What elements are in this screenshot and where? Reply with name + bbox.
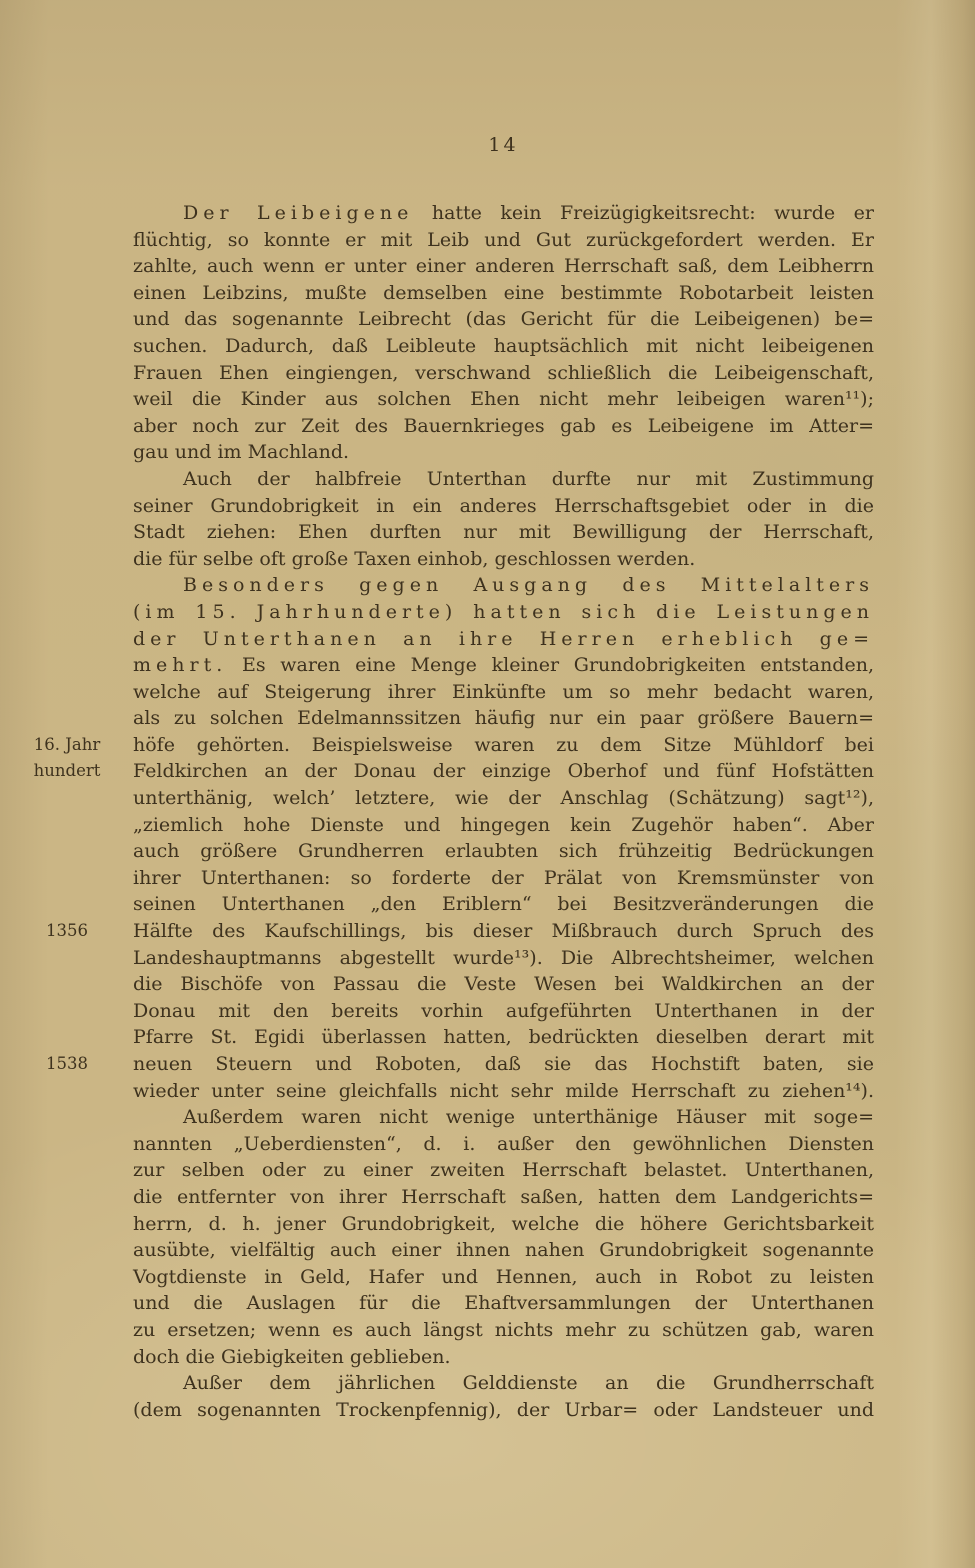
text-segment: Besonders gegen Ausgang des Mittelalters — [183, 574, 874, 596]
text-line: Stadt ziehen: Ehen durften nur mit Bewil… — [133, 519, 874, 546]
text-segment: (im 15. Jahrhunderte) hatten sich die Le… — [133, 601, 874, 623]
text-segment: die für selbe oft große Taxen einhob, ge… — [133, 548, 695, 570]
text-line: höfe gehörten. Beispielsweise waren zu d… — [133, 732, 874, 759]
text-segment: weil die Kinder aus solchen Ehen nicht m… — [133, 388, 874, 410]
text-line: auch größere Grundherren erlaubten sich … — [133, 838, 874, 865]
text-segment: welche auf Steigerung ihrer Einkünfte um… — [133, 681, 874, 703]
text-line: die entfernter von ihrer Herrschaft saße… — [133, 1184, 874, 1211]
text-segment: Vogtdienste in Geld, Hafer und Hennen, a… — [133, 1266, 874, 1288]
text-segment: Hälfte des Kaufschillings, bis dieser Mi… — [133, 920, 874, 942]
text-segment: Frauen Ehen eingiengen, verschwand schli… — [133, 362, 874, 384]
text-segment: zahlte, auch wenn er unter einer anderen… — [133, 255, 874, 277]
text-line: Außerdem waren nicht wenige unterthänige… — [133, 1104, 874, 1131]
text-line: neuen Steuern und Roboten, daß sie das H… — [133, 1051, 874, 1078]
text-line: Besonders gegen Ausgang des Mittelalters — [133, 572, 874, 599]
text-line: Der Leibeigene hatte kein Freizügigkeits… — [133, 200, 874, 227]
text-line: (dem sogenannten Trockenpfennig), der Ur… — [133, 1397, 874, 1424]
text-segment: ausübte, vielfältig auch einer ihnen nah… — [133, 1239, 874, 1261]
text-line: und das sogenannte Leibrecht (das Gerich… — [133, 306, 874, 333]
margin-note: 1538 — [12, 1051, 122, 1077]
book-page: 14 Der Leibeigene hatte kein Freizügigke… — [0, 0, 975, 1568]
text-segment: gau und im Machland. — [133, 441, 349, 463]
text-segment: die Bischöfe von Passau die Veste Wesen … — [133, 973, 874, 995]
text-segment: höfe gehörten. Beispielsweise waren zu d… — [133, 734, 874, 756]
text-line: die für selbe oft große Taxen einhob, ge… — [133, 546, 874, 573]
text-line: doch die Giebigkeiten geblieben. — [133, 1344, 874, 1371]
margin-note-line: hundert — [12, 758, 122, 784]
text-segment: (dem sogenannten Trockenpfennig), der Ur… — [133, 1399, 874, 1421]
text-line: (im 15. Jahrhunderte) hatten sich die Le… — [133, 599, 874, 626]
text-segment: der Unterthanen an ihre Herren erheblich… — [133, 628, 874, 650]
text-segment: die entfernter von ihrer Herrschaft saße… — [133, 1186, 874, 1208]
text-line: unterthänig, welch’ letztere, wie der An… — [133, 785, 874, 812]
text-line: seinen Unterthanen „den Eriblern“ bei Be… — [133, 891, 874, 918]
text-line: weil die Kinder aus solchen Ehen nicht m… — [133, 386, 874, 413]
margin-note-line: 1356 — [12, 918, 122, 944]
text-line: Donau mit den bereits vorhin aufgeführte… — [133, 998, 874, 1025]
text-line: der Unterthanen an ihre Herren erheblich… — [133, 626, 874, 653]
text-line: suchen. Dadurch, daß Leibleute hauptsäch… — [133, 333, 874, 360]
text-line: gau und im Machland. — [133, 439, 874, 466]
text-line: und die Auslagen für die Ehaftversammlun… — [133, 1290, 874, 1317]
text-segment: aber noch zur Zeit des Bauernkrieges gab… — [133, 415, 874, 437]
text-segment: unterthänig, welch’ letztere, wie der An… — [133, 787, 874, 809]
text-segment: herrn, d. h. jener Grundobrigkeit, welch… — [133, 1213, 874, 1235]
text-line: die Bischöfe von Passau die Veste Wesen … — [133, 971, 874, 998]
text-line: ihrer Unterthanen: so forderte der Präla… — [133, 865, 874, 892]
text-line: herrn, d. h. jener Grundobrigkeit, welch… — [133, 1211, 874, 1238]
text-segment: seiner Grundobrigkeit in ein anderes Her… — [133, 495, 874, 517]
text-segment: und die Auslagen für die Ehaftversammlun… — [133, 1292, 874, 1314]
text-segment: neuen Steuern und Roboten, daß sie das H… — [133, 1053, 874, 1075]
text-segment: doch die Giebigkeiten geblieben. — [133, 1346, 451, 1368]
text-segment: mehrt. — [133, 654, 227, 676]
margin-note-line: 1538 — [12, 1051, 122, 1077]
text-segment: Donau mit den bereits vorhin aufgeführte… — [133, 1000, 874, 1022]
text-segment: Feldkirchen an der Donau der einzige Obe… — [133, 760, 874, 782]
text-segment: Der Leibeigene — [183, 202, 413, 224]
text-line: wieder unter seine gleichfalls nicht seh… — [133, 1078, 874, 1105]
text-segment: wieder unter seine gleichfalls nicht seh… — [133, 1080, 874, 1102]
text-line: Hälfte des Kaufschillings, bis dieser Mi… — [133, 918, 874, 945]
text-line: als zu solchen Edelmannssitzen häufig nu… — [133, 705, 874, 732]
text-line: seiner Grundobrigkeit in ein anderes Her… — [133, 493, 874, 520]
margin-note-line: 16. Jahr — [12, 732, 122, 758]
text-segment: flüchtig, so konnte er mit Leib und Gut … — [133, 229, 874, 251]
margin-note: 1356 — [12, 918, 122, 944]
margin-note: 16. Jahrhundert — [12, 732, 122, 784]
text-segment: Es waren eine Menge kleiner Grundobrigke… — [227, 654, 874, 676]
text-segment: Landeshauptmanns abgestellt wurde¹³). Di… — [133, 947, 874, 969]
text-segment: Auch der halbfreie Unterthan durfte nur … — [183, 468, 874, 490]
text-segment: auch größere Grundherren erlaubten sich … — [133, 840, 874, 862]
text-line: Pfarre St. Egidi überlassen hatten, bedr… — [133, 1024, 874, 1051]
text-segment: hatte kein Freizügigkeitsrecht: wurde er — [413, 202, 874, 224]
text-line: mehrt. Es waren eine Menge kleiner Grund… — [133, 652, 874, 679]
text-line: nannten „Ueberdiensten“, d. i. außer den… — [133, 1131, 874, 1158]
text-segment: Außer dem jährlichen Gelddienste an die … — [183, 1372, 874, 1394]
text-segment: Stadt ziehen: Ehen durften nur mit Bewil… — [133, 521, 874, 543]
text-segment: seinen Unterthanen „den Eriblern“ bei Be… — [133, 893, 874, 915]
text-line: Frauen Ehen eingiengen, verschwand schli… — [133, 360, 874, 387]
text-line: zu ersetzen; wenn es auch längst nichts … — [133, 1317, 874, 1344]
text-line: Landeshauptmanns abgestellt wurde¹³). Di… — [133, 945, 874, 972]
text-line: einen Leibzins, mußte demselben eine bes… — [133, 280, 874, 307]
text-segment: suchen. Dadurch, daß Leibleute hauptsäch… — [133, 335, 874, 357]
text-segment: nannten „Ueberdiensten“, d. i. außer den… — [133, 1133, 874, 1155]
body-text: Der Leibeigene hatte kein Freizügigkeits… — [133, 200, 874, 1423]
text-segment: Pfarre St. Egidi überlassen hatten, bedr… — [133, 1026, 874, 1048]
text-line: Auch der halbfreie Unterthan durfte nur … — [133, 466, 874, 493]
text-line: aber noch zur Zeit des Bauernkrieges gab… — [133, 413, 874, 440]
text-line: zahlte, auch wenn er unter einer anderen… — [133, 253, 874, 280]
text-line: Feldkirchen an der Donau der einzige Obe… — [133, 758, 874, 785]
text-line: Vogtdienste in Geld, Hafer und Hennen, a… — [133, 1264, 874, 1291]
text-segment: zur selben oder zu einer zweiten Herrsch… — [133, 1159, 874, 1181]
text-line: ausübte, vielfältig auch einer ihnen nah… — [133, 1237, 874, 1264]
text-line: welche auf Steigerung ihrer Einkünfte um… — [133, 679, 874, 706]
text-line: „ziemlich hohe Dienste und hingegen kein… — [133, 812, 874, 839]
text-line: flüchtig, so konnte er mit Leib und Gut … — [133, 227, 874, 254]
text-segment: „ziemlich hohe Dienste und hingegen kein… — [133, 814, 874, 836]
text-line: Außer dem jährlichen Gelddienste an die … — [133, 1370, 874, 1397]
text-segment: als zu solchen Edelmannssitzen häufig nu… — [133, 707, 874, 729]
text-segment: ihrer Unterthanen: so forderte der Präla… — [133, 867, 874, 889]
text-segment: Außerdem waren nicht wenige unterthänige… — [183, 1106, 874, 1128]
text-segment: einen Leibzins, mußte demselben eine bes… — [133, 282, 874, 304]
text-line: zur selben oder zu einer zweiten Herrsch… — [133, 1157, 874, 1184]
page-number: 14 — [133, 134, 874, 156]
text-segment: zu ersetzen; wenn es auch längst nichts … — [133, 1319, 874, 1341]
text-segment: und das sogenannte Leibrecht (das Gerich… — [133, 308, 874, 330]
